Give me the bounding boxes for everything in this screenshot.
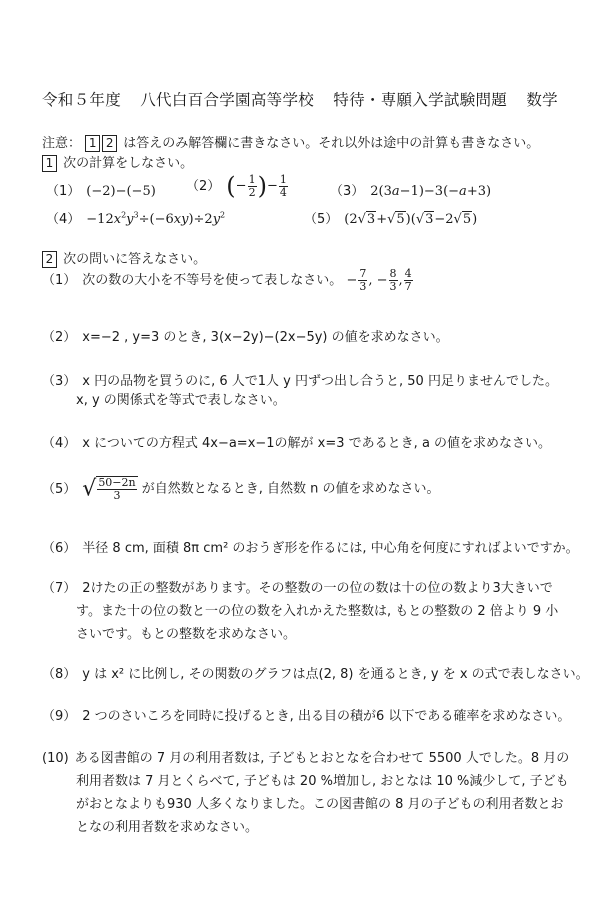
problem-label: （3）: [330, 184, 364, 199]
problem-label: （5）: [42, 482, 76, 497]
problem-text: 次の数の大小を不等号を使って表しなさい。: [82, 273, 342, 288]
problem-label: （4）: [46, 212, 80, 227]
s2-problem-7: （7）2けたの正の整数があります。その整数の一の位の数は十の位の数より3大きいで…: [42, 577, 558, 646]
s2-problem-1: （1）次の数の大小を不等号を使って表しなさい。 −73, −83,47: [42, 268, 414, 293]
section-box-2: 2: [102, 135, 117, 152]
title-subject: 数学: [526, 91, 558, 109]
section1-number-box: 1: [42, 155, 57, 172]
problem-text-line: 2けたの正の整数があります。その整数の一の位の数は十の位の数より3大きいで: [82, 581, 553, 596]
s2-problem-5: （5）√50−2n3 が自然数となるとき, 自然数 n の値を求めなさい。: [42, 476, 440, 502]
s2-problem-6: （6）半径 8 cm, 面積 8π cm² のおうぎ形を作るには, 中心角を何度…: [42, 537, 579, 556]
problem-label: （5）: [304, 212, 338, 227]
title-school: 八代白百合学園高等学校: [140, 91, 314, 109]
problem-text-line: 利用者数は 7 月とくらべて, 子どもは 20 %増加し, おとなは 10 %減…: [42, 770, 569, 793]
s1-problem-4: （4）−12x2y3÷(−6xy)÷2y2: [46, 208, 225, 227]
title-year: 令和５年度: [42, 91, 121, 109]
s2-problem-10: (10)ある図書館の 7 月の利用者数は, 子どもとおとなを合わせて 5500 …: [42, 747, 569, 839]
problem-text-line: x 円の品物を買うのに, 6 人で1人 y 円ずつ出し合うと, 50 円足りませ…: [82, 374, 558, 389]
problem-text-line: す。また十の位の数と一の位の数を入れかえた整数は, もとの整数の 2 倍より 9…: [42, 600, 558, 623]
problem-text-line: がおとなよりも930 人多くなりました。この図書館の 8 月の子どもの利用者数と…: [42, 793, 569, 816]
problem-text: が自然数となるとき, 自然数 n の値を求めなさい。: [142, 482, 440, 497]
s1-problem-1: （1）(−2)−(−5): [46, 180, 156, 199]
problem-label: （2）: [42, 330, 76, 345]
problem-label: （9）: [42, 709, 76, 724]
s1-problem-3: （3）2(3a−1)−3(−a+3): [330, 180, 491, 199]
problem-expr: (−2)−(−5): [86, 184, 156, 199]
fraction: 12: [248, 174, 257, 199]
notice: 注意： 12 は答えのみ解答欄に書きなさい。それ以外は途中の計算も書きなさい。: [42, 132, 539, 152]
fraction: 14: [279, 174, 288, 199]
exam-title: 令和５年度 八代白百合学園高等学校 特待・専願入学試験問題 数学: [42, 88, 572, 110]
problem-label: （4）: [42, 436, 76, 451]
problem-label: （3）: [42, 374, 76, 389]
s2-problem-3: （3）x 円の品物を買うのに, 6 人で1人 y 円ずつ出し合うと, 50 円足…: [42, 372, 558, 410]
section2-heading: 2 次の問いに答えなさい。: [42, 248, 206, 268]
title-exam: 特待・専願入学試験問題: [333, 91, 507, 109]
notice-text: は答えのみ解答欄に書きなさい。それ以外は途中の計算も書きなさい。: [123, 136, 539, 151]
s2-problem-2: （2）x=−2 , y=3 のとき, 3(x−2y)−(2x−5y) の値を求め…: [42, 326, 449, 345]
problem-text-line: x, y の関係式を等式で表しなさい。: [42, 391, 558, 410]
s2-problem-4: （4）x についての方程式 4x−a=x−1の解が x=3 であるとき, a の…: [42, 432, 551, 451]
notice-label: 注意：: [42, 136, 81, 151]
section2-number-box: 2: [42, 251, 57, 268]
problem-label: （1）: [46, 184, 80, 199]
problem-text: 半径 8 cm, 面積 8π cm² のおうぎ形を作るには, 中心角を何度にすれ…: [82, 541, 578, 556]
section2-heading-text: 次の問いに答えなさい。: [63, 252, 206, 267]
s1-problem-2: （2）(−12)−14: [186, 172, 289, 200]
s2-problem-9: （9）2 つのさいころを同時に投げるとき, 出る目の積が6 以下である確率を求め…: [42, 705, 570, 724]
problem-text-line: さいです。もとの整数を求めなさい。: [42, 623, 558, 646]
section-box-1: 1: [85, 135, 100, 152]
problem-text: y は x² に比例し, その関数のグラフは点(2, 8) を通るとき, y を…: [82, 667, 588, 682]
problem-label: （1）: [42, 273, 76, 288]
problem-text: 2 つのさいころを同時に投げるとき, 出る目の積が6 以下である確率を求めなさい…: [82, 709, 570, 724]
problem-text: x についての方程式 4x−a=x−1の解が x=3 であるとき, a の値を求…: [82, 436, 551, 451]
problem-label: （2）: [186, 179, 220, 194]
problem-label: （7）: [42, 581, 76, 596]
problem-label: （8）: [42, 667, 76, 682]
s2-problem-8: （8）y は x² に比例し, その関数のグラフは点(2, 8) を通るとき, …: [42, 663, 589, 682]
problem-text-line: ある図書館の 7 月の利用者数は, 子どもとおとなを合わせて 5500 人でした…: [75, 751, 570, 766]
section1-heading: 1 次の計算をしなさい。: [42, 152, 193, 172]
problem-label: （6）: [42, 541, 76, 556]
problem-text: x=−2 , y=3 のとき, 3(x−2y)−(2x−5y) の値を求めなさい…: [82, 330, 448, 345]
square-root: √50−2n3: [82, 476, 137, 502]
problem-label: (10): [42, 751, 69, 766]
exam-page: 令和５年度 八代白百合学園高等学校 特待・専願入学試験問題 数学 注意： 12 …: [0, 0, 600, 900]
problem-text-line: となの利用者数を求めなさい。: [42, 816, 569, 839]
s1-problem-5: （5）(2√3+√5)(√3−2√5): [304, 208, 477, 227]
section1-heading-text: 次の計算をしなさい。: [63, 156, 193, 171]
